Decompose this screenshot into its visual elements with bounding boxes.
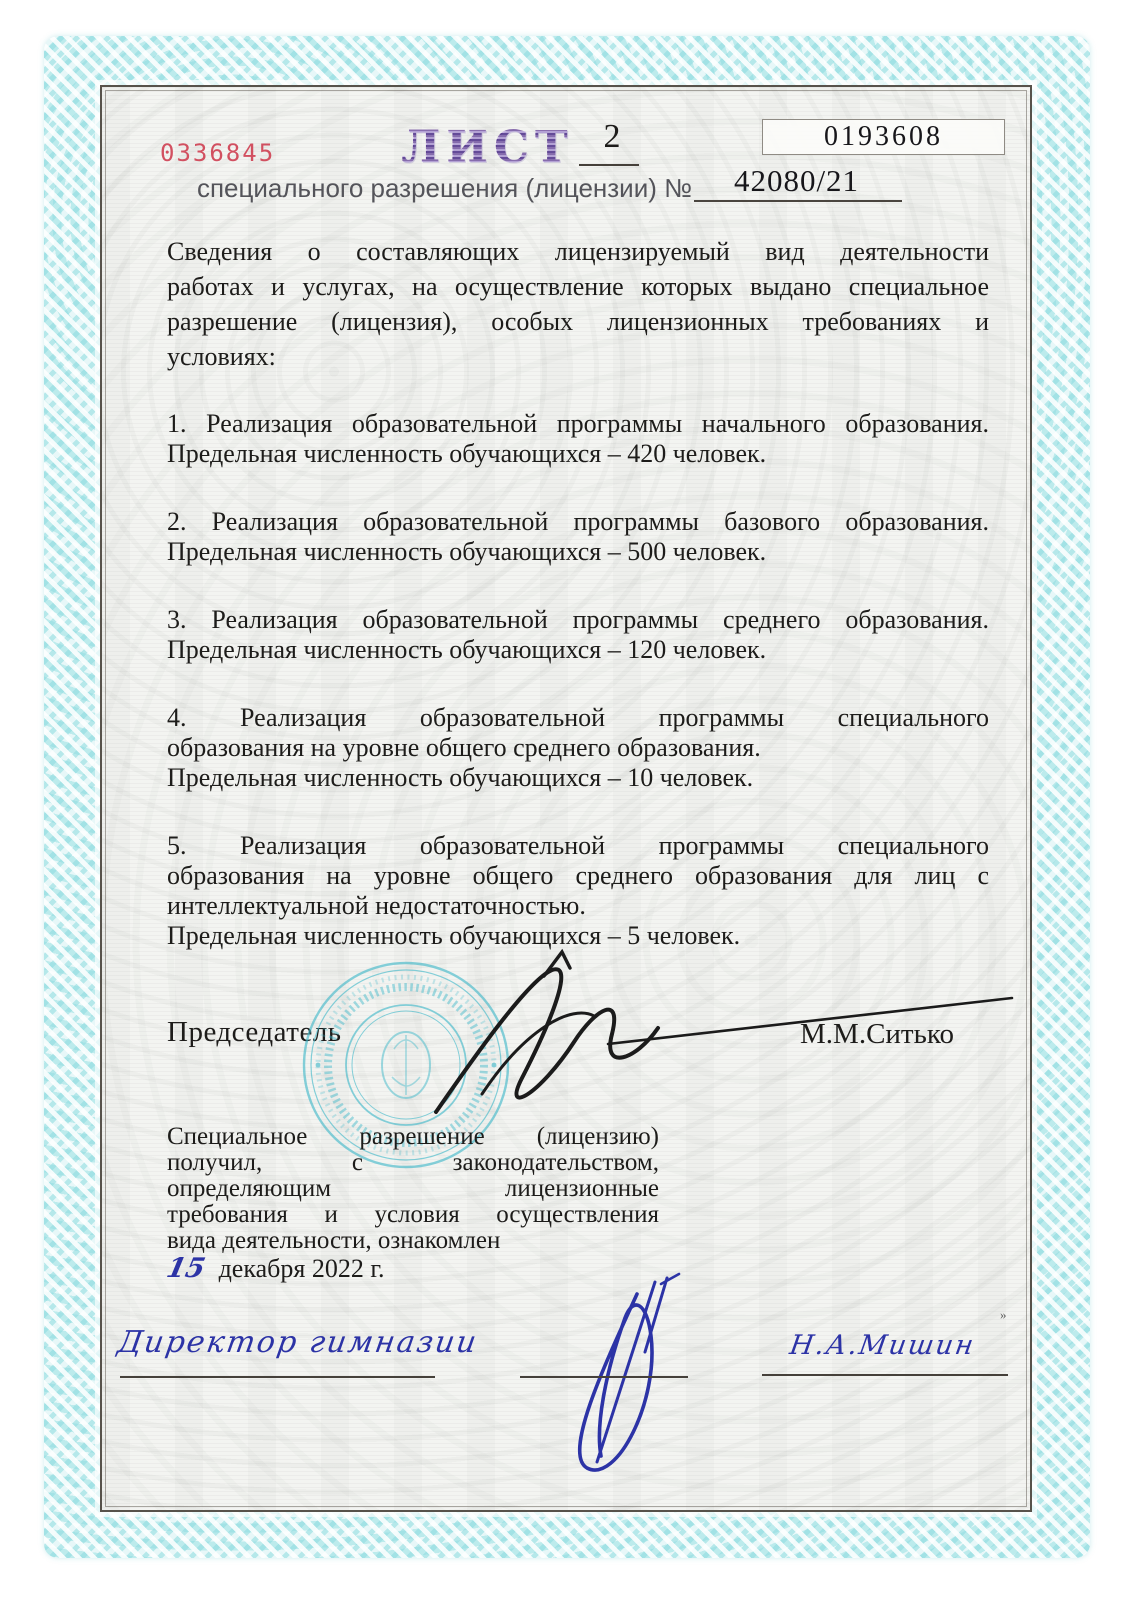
text-line: работах и услугах, на осуществление кото… <box>167 269 989 304</box>
received-paragraph: Специальное разрешение (лицензию)получил… <box>167 1124 659 1254</box>
scan-artifact-mark: » <box>1000 1307 1006 1323</box>
date-rest: декабря 2022 г. <box>219 1254 385 1283</box>
license-item-5: 5. Реализация образовательной программы … <box>167 831 989 951</box>
recipient-signature <box>537 1272 747 1502</box>
text-line: разрешение (лицензия), особых лицензионн… <box>167 304 989 339</box>
license-item-2: 2. Реализация образовательной программы … <box>167 507 989 567</box>
text-line: вида деятельности, ознакомлен <box>167 1228 659 1254</box>
text-line: Сведения о составляющих лицензируемый ви… <box>167 234 989 269</box>
form-number-box: 0193608 <box>762 119 1005 155</box>
text-line: 5. Реализация образовательной программы … <box>167 831 989 861</box>
chairman-signature <box>422 942 1022 1122</box>
license-item-3: 3. Реализация образовательной программы … <box>167 605 989 665</box>
recipient-title-handwritten: Директор гимназии <box>115 1325 480 1360</box>
text-line: получил, с законодательством, <box>167 1150 659 1176</box>
text-line: 1. Реализация образовательной программы … <box>167 409 989 439</box>
text-line: Предельная численность обучающихся – 120… <box>167 635 989 665</box>
text-line: 2. Реализация образовательной программы … <box>167 507 989 537</box>
license-number-underline <box>694 200 902 202</box>
recipient-name-underline <box>762 1374 1008 1376</box>
page-title: ЛИСТ <box>400 125 575 171</box>
sheet-number-underline <box>579 164 639 166</box>
text-line: 3. Реализация образовательной программы … <box>167 605 989 635</box>
scanned-license-page: 0336845 ЛИСТ 2 0193608 специального разр… <box>0 0 1134 1600</box>
sheet-number: 2 <box>580 119 644 155</box>
text-line: интеллектуальной недостаточностью. <box>167 891 989 921</box>
date-line: 15декабря 2022 г. <box>167 1253 385 1284</box>
text-line: Предельная численность обучающихся – 500… <box>167 537 989 567</box>
license-item-4: 4. Реализация образовательной программы … <box>167 703 989 793</box>
text-line: образования на уровне общего среднего об… <box>167 861 989 891</box>
license-number: 42080/21 <box>694 163 899 199</box>
subtitle: специального разрешения (лицензии) № <box>192 173 692 204</box>
text-line: условиях: <box>167 339 989 374</box>
text-line: определяющим лицензионные <box>167 1176 659 1202</box>
text-line: Предельная численность обучающихся – 420… <box>167 439 989 469</box>
recipient-title-underline <box>120 1376 435 1378</box>
text-line: образования на уровне общего среднего об… <box>167 733 989 763</box>
license-sheet: 0336845 ЛИСТ 2 0193608 специального разр… <box>100 85 1032 1512</box>
recipient-name-handwritten: Н.А.Мишин <box>788 1330 978 1361</box>
text-line: требования и условия осуществления <box>167 1202 659 1228</box>
text-line: Предельная численность обучающихся – 10 … <box>167 763 989 793</box>
handwritten-day: 15 <box>164 1253 208 1284</box>
license-item-1: 1. Реализация образовательной программы … <box>167 409 989 469</box>
text-line: 4. Реализация образовательной программы … <box>167 703 989 733</box>
signature-underline <box>520 1376 688 1378</box>
intro-paragraph: Сведения о составляющих лицензируемый ви… <box>167 234 989 374</box>
red-serial-number: 0336845 <box>160 139 275 167</box>
text-line: Специальное разрешение (лицензию) <box>167 1124 659 1150</box>
